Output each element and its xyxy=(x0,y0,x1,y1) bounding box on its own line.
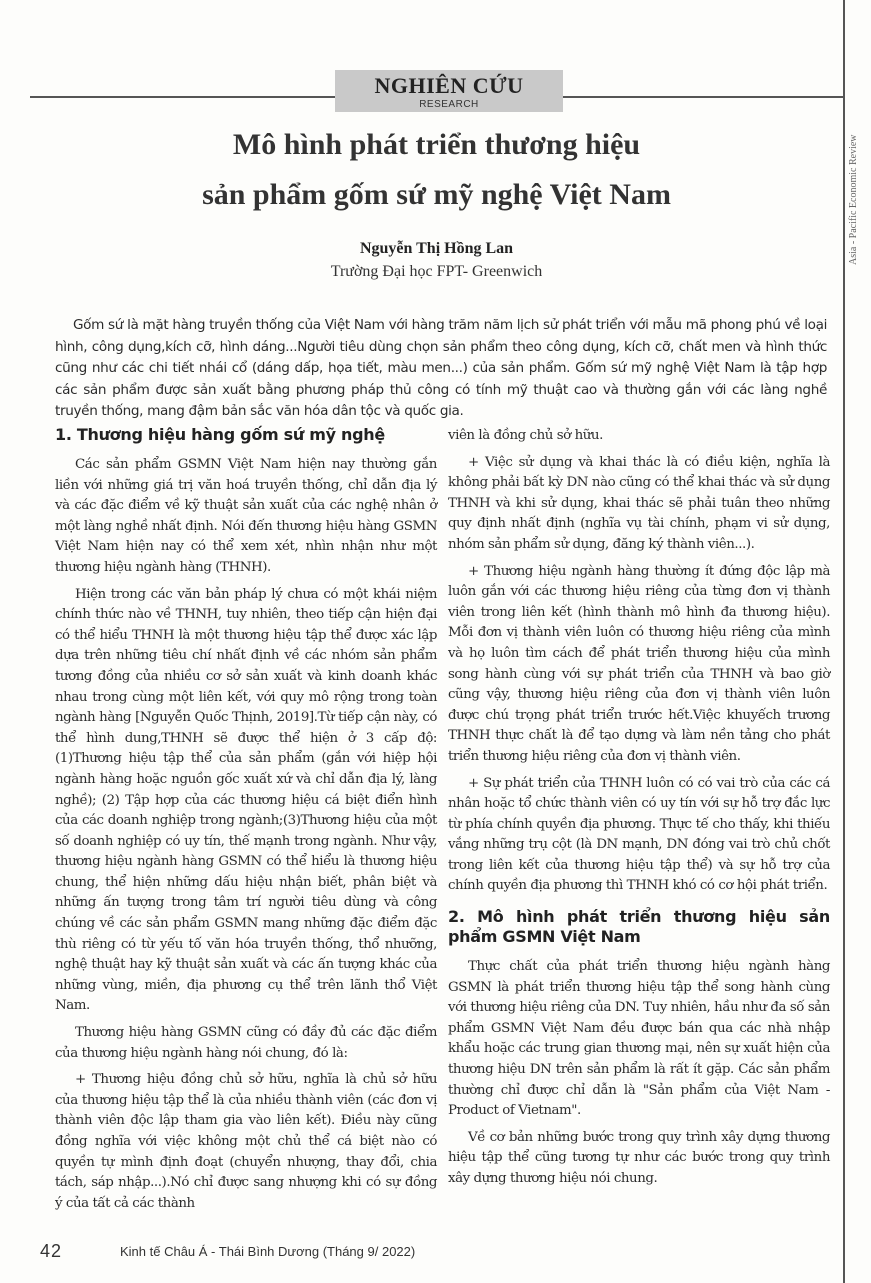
section-header: NGHIÊN CỨU RESEARCH xyxy=(335,70,563,112)
page-right-rule xyxy=(843,0,845,1283)
paragraph: Thực chất của phát triển thương hiệu ngà… xyxy=(448,957,830,1122)
section-heading-2: 2. Mô hình phát triển thương hiệu sản ph… xyxy=(448,907,830,947)
section-title: NGHIÊN CỨU xyxy=(335,73,563,99)
journal-side-label: Asia - Pacific Economic Review xyxy=(848,100,866,300)
paragraph: + Thương hiệu đồng chủ sở hữu, nghĩa là … xyxy=(55,1070,437,1214)
paragraph: Các sản phẩm GSMN Việt Nam hiện nay thườ… xyxy=(55,455,437,579)
paragraph: + Việc sử dụng và khai thác là có điều k… xyxy=(448,453,830,556)
article-author: Nguyễn Thị Hồng Lan xyxy=(30,240,843,258)
paragraph: Về cơ bản những bước trong quy trình xây… xyxy=(448,1128,830,1190)
left-column: 1. Thương hiệu hàng gốm sứ mỹ nghệ Các s… xyxy=(55,425,437,1220)
section-subtitle: RESEARCH xyxy=(335,99,563,111)
journal-name: Kinh tế Châu Á - Thái Bình Dương (Tháng … xyxy=(120,1244,415,1259)
article-abstract: Gốm sứ là mặt hàng truyền thống của Việt… xyxy=(55,315,827,423)
article-title-line-2: sản phẩm gốm sứ mỹ nghệ Việt Nam xyxy=(30,178,843,212)
right-column: viên là đồng chủ sở hữu. + Việc sử dụng … xyxy=(448,426,830,1196)
section-heading-1: 1. Thương hiệu hàng gốm sứ mỹ nghệ xyxy=(55,425,437,445)
paragraph: + Thương hiệu ngành hàng thường ít đứng … xyxy=(448,562,830,768)
paragraph: Thương hiệu hàng GSMN cũng có đầy đủ các… xyxy=(55,1023,437,1064)
paragraph: + Sự phát triển của THNH luôn có có vai … xyxy=(448,774,830,898)
article-title-line-1: Mô hình phát triển thương hiệu xyxy=(30,128,843,162)
paragraph-continuation: viên là đồng chủ sở hữu. xyxy=(448,426,830,447)
article-affiliation: Trường Đại học FPT- Greenwich xyxy=(30,263,843,281)
paragraph: Hiện trong các văn bản pháp lý chưa có m… xyxy=(55,585,437,1017)
page-number: 42 xyxy=(40,1241,62,1262)
